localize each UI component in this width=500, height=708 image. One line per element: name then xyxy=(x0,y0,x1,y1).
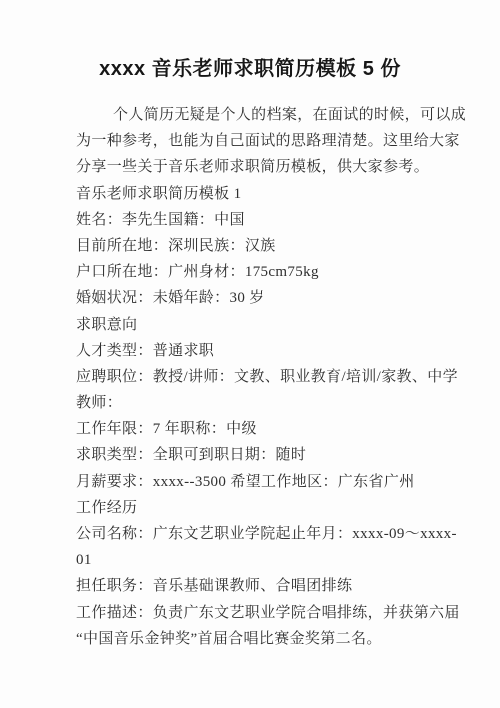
text-line: 应聘职位：教授/讲师：文教、职业教育/培训/家教、中学 xyxy=(76,364,444,390)
text-line: 人才类型：普通求职 xyxy=(76,338,444,364)
text-line: 求职意向 xyxy=(76,312,444,338)
text-line: 月薪要求：xxxx--3500 希望工作地区：广东省广州 xyxy=(76,469,444,495)
text-line: 工作经历 xyxy=(76,495,444,521)
text-line: 工作描述：负责广东文艺职业学院合唱排练，并获第六届 xyxy=(76,600,444,626)
text-line: “中国音乐金钟奖”首届合唱比赛金奖第二名。 xyxy=(76,626,444,652)
text-line: 求职类型：全职可到职日期：随时 xyxy=(76,442,444,468)
document-body: 个人简历无疑是个人的档案，在面试的时候，可以成为一种参考，也能为自己面试的思路理… xyxy=(0,102,500,652)
document-page: xxxx 音乐老师求职简历模板 5 份 个人简历无疑是个人的档案，在面试的时候，… xyxy=(0,0,500,708)
text-line: 担任职务：音乐基础课教师、合唱团排练 xyxy=(76,573,444,599)
text-line: 姓名：李先生国籍：中国 xyxy=(76,207,444,233)
text-line: 工作年限：7 年职称：中级 xyxy=(76,416,444,442)
text-line: 户口所在地：广州身材：175cm75kg xyxy=(76,259,444,285)
text-line: 目前所在地：深圳民族：汉族 xyxy=(76,233,444,259)
text-line: 婚姻状况：未婚年龄：30 岁 xyxy=(76,285,444,311)
text-line: 为一种参考，也能为自己面试的思路理清楚。这里给大家 xyxy=(76,128,444,154)
text-line: 音乐老师求职简历模板 1 xyxy=(76,181,444,207)
text-line: 教师： xyxy=(76,390,444,416)
document-title: xxxx 音乐老师求职简历模板 5 份 xyxy=(0,0,500,82)
text-line: 个人简历无疑是个人的档案，在面试的时候，可以成 xyxy=(76,102,444,128)
text-line: 公司名称：广东文艺职业学院起止年月：xxxx-09～xxxx- xyxy=(76,521,444,547)
text-line: 01 xyxy=(76,547,444,573)
text-line: 分享一些关于音乐老师求职简历模板，供大家参考。 xyxy=(76,154,444,180)
